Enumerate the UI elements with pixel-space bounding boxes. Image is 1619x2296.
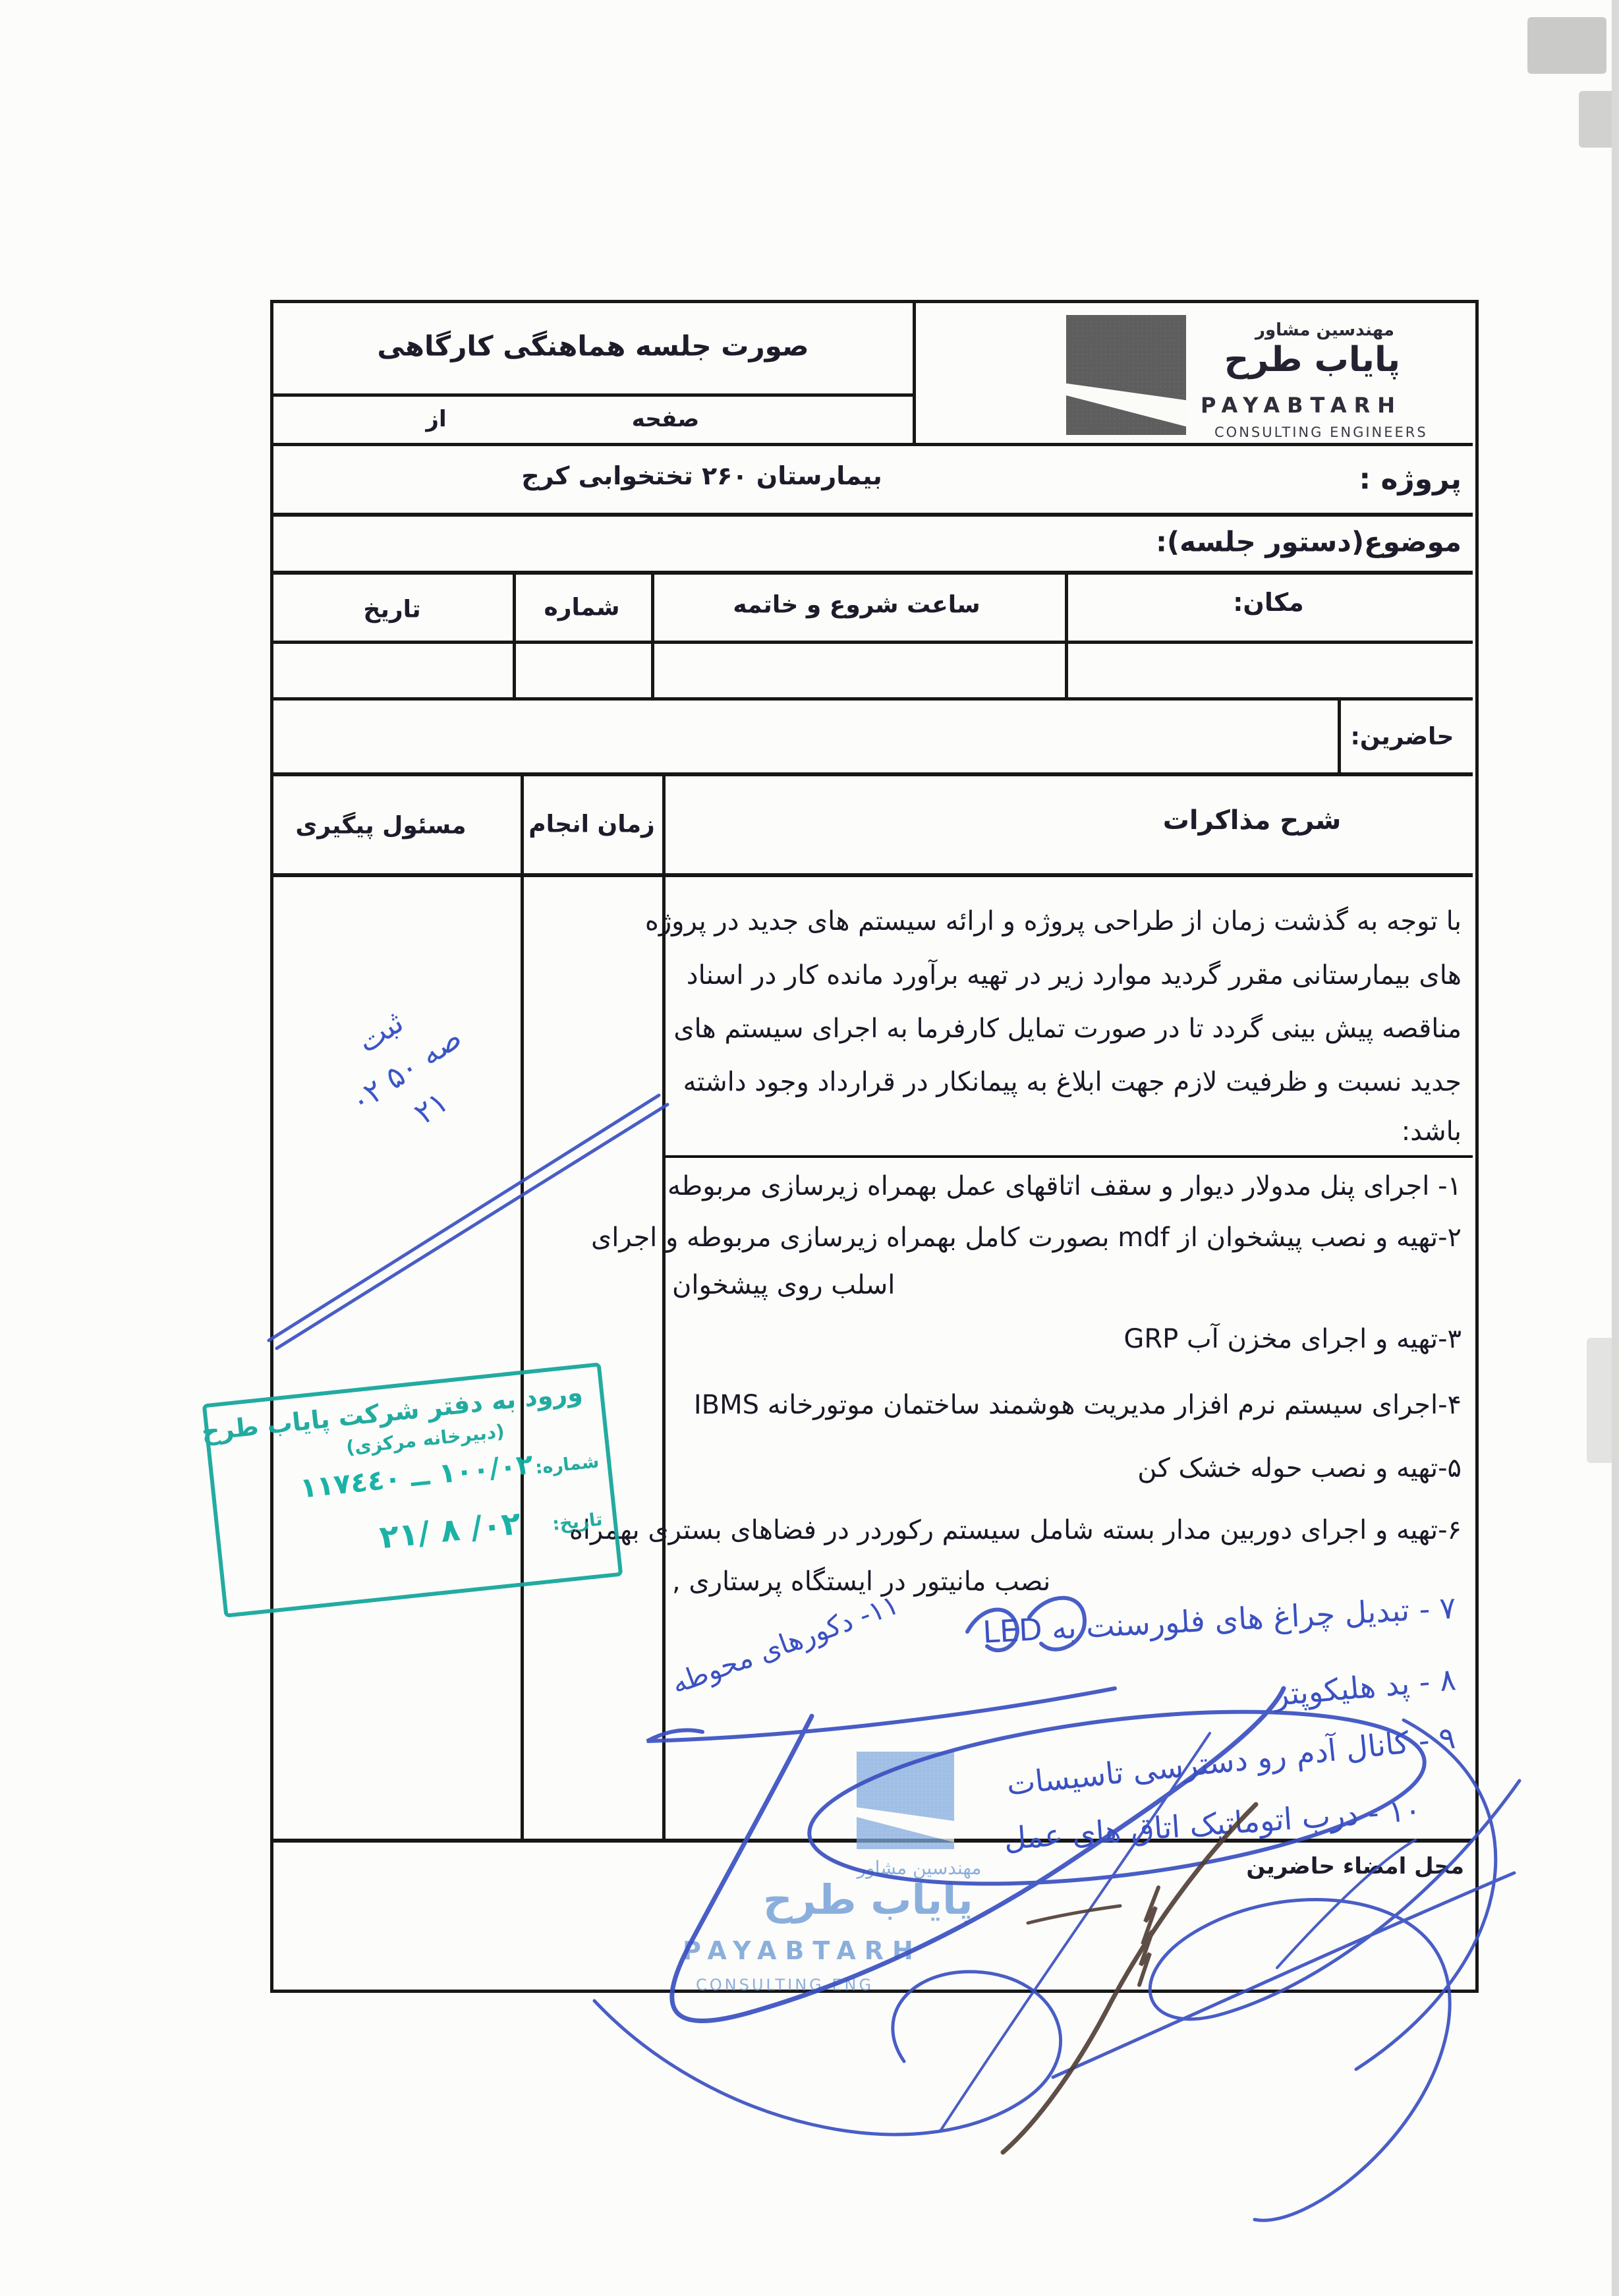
minutes-paragraph-line: باشد: (1402, 1116, 1462, 1147)
rule (273, 697, 1473, 701)
minutes-item: ۵-تهیه و نصب حوله خشک کن (1137, 1453, 1462, 1483)
project-label: پروژه : (1359, 463, 1462, 496)
rule (513, 571, 516, 697)
watermark-swoosh-icon (857, 1752, 954, 1849)
col-description-header: شرح مذاکرات (1163, 805, 1342, 836)
paragraph-divider-rule (664, 1155, 1473, 1158)
minutes-paragraph-line: های بیمارستانی مقرر گردید موارد زیر در ت… (687, 960, 1462, 990)
payabtarh-watermark-mark-icon (857, 1752, 954, 1849)
subject-label: موضوع(دستور جلسه): (1156, 526, 1462, 558)
scan-smudge (1527, 17, 1606, 74)
rule (273, 571, 1473, 575)
entry-stamp: ورود به دفتر شرکت پایاب طرح (دبیرخانه مر… (202, 1362, 623, 1618)
signature-stroke (594, 1972, 1061, 2135)
page-of-label: از (426, 406, 446, 432)
scan-smudge (1587, 1338, 1619, 1463)
rule (1065, 571, 1068, 697)
minutes-paragraph-line: جدید نسبت و ظرفیت لازم جهت ابلاغ به پیما… (683, 1067, 1462, 1097)
rule (651, 571, 654, 697)
location-label: مکان: (1233, 588, 1304, 617)
rule (1338, 697, 1341, 772)
minutes-item: ۴-اجرای سیستم نرم افزار مدیریت هوشمند سا… (694, 1390, 1462, 1420)
project-value: بیمارستان ۲۶۰ تختخوابی کرج (521, 461, 882, 490)
entry-stamp-number-value: ۱۰۰/۰۲ ــ ۱۱۷٤٤٠ (298, 1448, 534, 1505)
entry-stamp-date-label: تاریخ: (552, 1509, 604, 1535)
minutes-paragraph-line: مناقصه پیش بینی گردد تا در صورت تمایل کا… (673, 1014, 1462, 1044)
scan-edge-strip (1612, 0, 1619, 2296)
payabtarh-logo-mark-icon (1066, 315, 1186, 435)
minutes-item: ۳-تهیه و اجرای مخزن آب GRP (1123, 1324, 1462, 1354)
scanned-meeting-minutes-page: صورت جلسه هماهنگی کارگاهی صفحه از مهندسی… (0, 0, 1619, 2296)
form-title: صورت جلسه هماهنگی کارگاهی (377, 330, 809, 362)
signature-area-label: محل امضاء حاضرین (1246, 1853, 1464, 1880)
watermark-brand-fa-big: پایاب طرح (763, 1876, 973, 1924)
minutes-item: ۱- اجرای پنل مدولار دیوار و سقف اتاقهای … (667, 1171, 1462, 1201)
attendees-label: حاضرین: (1351, 724, 1454, 751)
rule (913, 300, 916, 443)
rule (273, 393, 913, 397)
minutes-item-wrap: نصب مانیتور در ایستگاه پرستاری , (672, 1566, 1050, 1597)
rule (273, 513, 1473, 517)
watermark-brand-en-sub: CONSULTING ENG (696, 1976, 874, 1994)
logo-brand-en-sub: CONSULTING ENGINEERS (1214, 424, 1428, 440)
col-time-header: زمان انجام (528, 811, 655, 838)
number-label: شماره (544, 594, 619, 621)
logo-swoosh-icon (1066, 315, 1186, 435)
rule (521, 772, 524, 1839)
rule (273, 873, 1473, 877)
page-label: صفحه (632, 406, 699, 432)
entry-stamp-date-value: ۰۲/ ۸ /۲۱ (378, 1505, 523, 1556)
logo-brand-fa-small: مهندسین مشاور (1255, 320, 1394, 340)
minutes-item-wrap: اسلب روی پیشخوان (672, 1270, 895, 1300)
time-label: ساعت شروع و خاتمه (733, 592, 980, 619)
logo-brand-fa-big: پایاب طرح (1224, 340, 1400, 380)
minutes-item: ۲-تهیه و نصب پیشخوان از mdf بصورت کامل ب… (591, 1222, 1462, 1253)
minutes-paragraph-line: با توجه به گذشت زمان از طراحی پروژه و ار… (645, 906, 1462, 936)
date-label: تاریخ (363, 596, 420, 623)
logo-brand-en: PAYABTARH (1201, 393, 1402, 418)
rule (273, 443, 1473, 446)
rule (273, 772, 1473, 776)
minutes-item: ۶-تهیه و اجرای دوربین مدار بسته شامل سیس… (569, 1515, 1462, 1545)
watermark-brand-en: PAYABTARH (683, 1936, 922, 1965)
rule (273, 641, 1473, 644)
col-responsible-header: مسئول پیگیری (295, 813, 466, 840)
entry-stamp-number-label: شماره: (534, 1451, 600, 1478)
